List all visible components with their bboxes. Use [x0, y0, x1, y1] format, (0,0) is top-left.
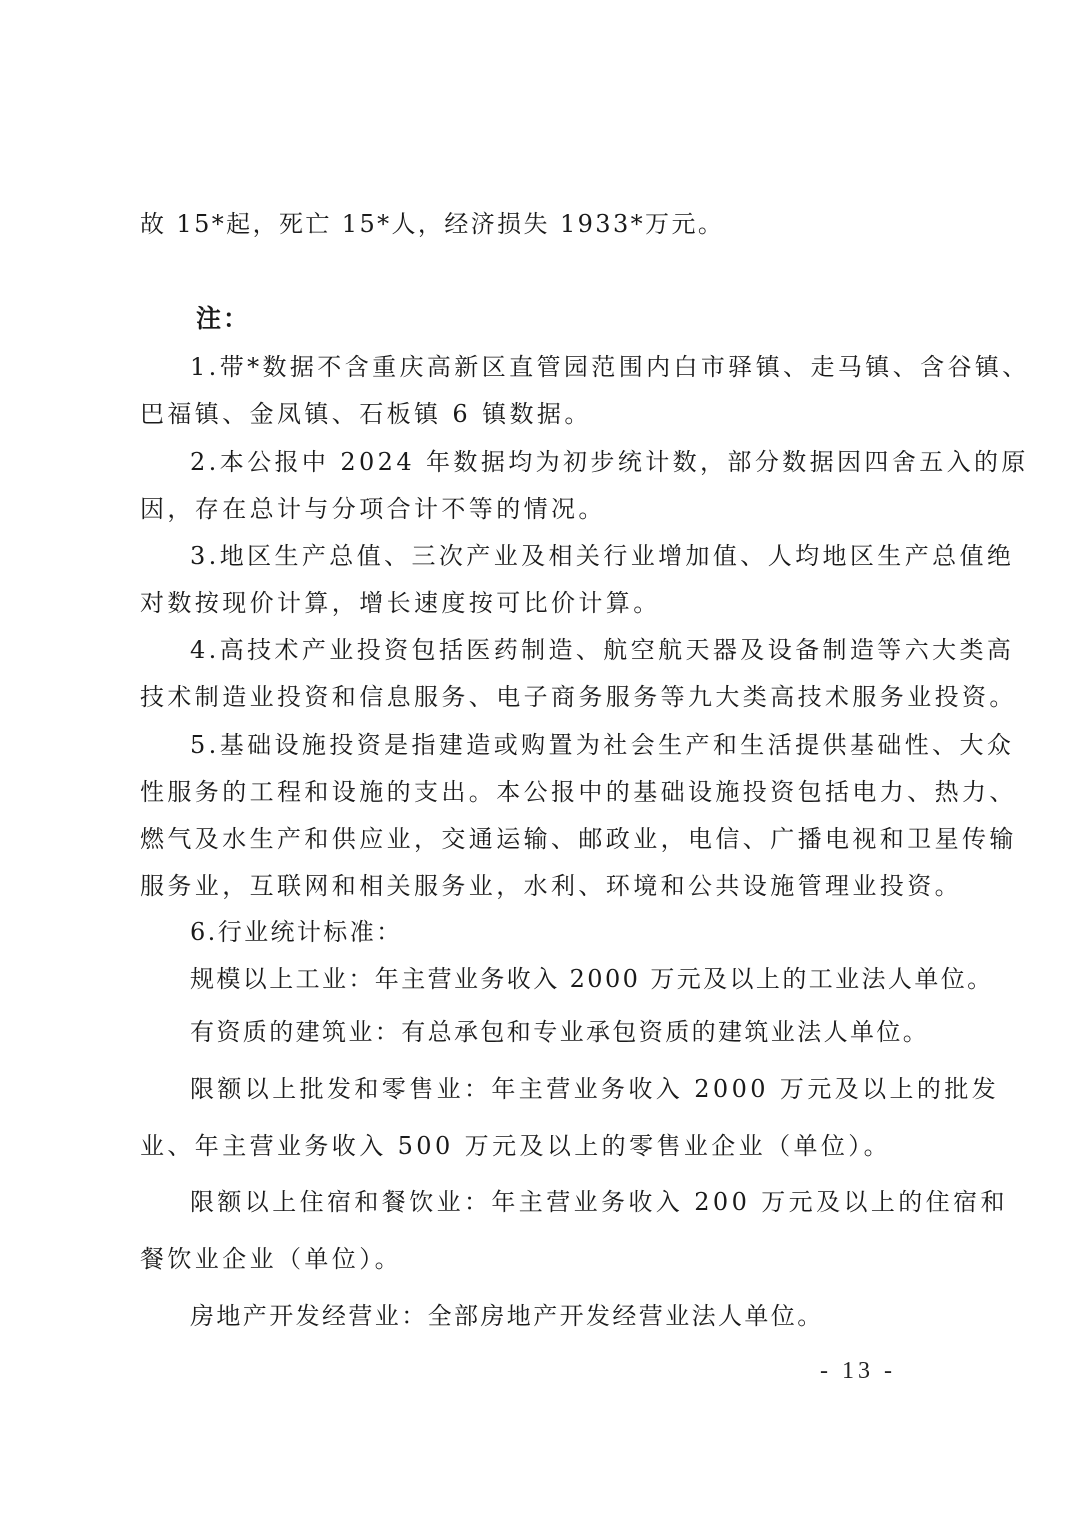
note-5-line-2: 性服务的工程和设施的支出。本公报中的基础设施投资包括电力、热力、 — [140, 776, 940, 808]
note-1-line-2: 巴福镇、金凤镇、石板镇 6 镇数据。 — [140, 398, 940, 430]
note-3-line-1: 3.地区生产总值、三次产业及相关行业增加值、人均地区生产总值绝 — [190, 540, 990, 572]
note-2-line-1: 2.本公报中 2024 年数据均为初步统计数，部分数据因四舍五入的原 — [190, 446, 990, 478]
page-number: - 13 - — [820, 1355, 896, 1387]
note-1-line-1: 1.带*数据不含重庆高新区直管园范围内白市驿镇、走马镇、含谷镇、 — [190, 351, 990, 383]
document-page: 故 15*起，死亡 15*人，经济损失 1933*万元。 注： 1.带*数据不含… — [0, 0, 1074, 1520]
note-4-line-2: 技术制造业投资和信息服务、电子商务服务等九大类高技术服务业投资。 — [140, 681, 940, 713]
note-3-line-2: 对数按现价计算，增长速度按可比价计算。 — [140, 587, 940, 619]
note-4-line-1: 4.高技术产业投资包括医药制造、航空航天器及设备制造等六大类高 — [190, 634, 990, 666]
standard-hospitality-line-2: 餐饮业企业（单位）。 — [140, 1243, 940, 1275]
continuation-line: 故 15*起，死亡 15*人，经济损失 1933*万元。 — [140, 208, 940, 240]
note-5-line-1: 5.基础设施投资是指建造或购置为社会生产和生活提供基础性、大众 — [190, 729, 990, 761]
standard-construction: 有资质的建筑业：有总承包和专业承包资质的建筑业法人单位。 — [190, 1016, 990, 1048]
standard-real-estate: 房地产开发经营业：全部房地产开发经营业法人单位。 — [190, 1300, 990, 1332]
note-5-line-4: 服务业，互联网和相关服务业，水利、环境和公共设施管理业投资。 — [140, 870, 940, 902]
standard-hospitality-line-1: 限额以上住宿和餐饮业：年主营业务收入 200 万元及以上的住宿和 — [190, 1186, 990, 1218]
note-5-line-3: 燃气及水生产和供应业，交通运输、邮政业，电信、广播电视和卫星传输 — [140, 823, 940, 855]
notes-title: 注： — [196, 303, 250, 335]
note-2-line-2: 因，存在总计与分项合计不等的情况。 — [140, 493, 940, 525]
standard-industry: 规模以上工业：年主营业务收入 2000 万元及以上的工业法人单位。 — [190, 963, 990, 995]
standard-wholesale-retail-line-2: 业、年主营业务收入 500 万元及以上的零售业企业（单位）。 — [140, 1130, 940, 1162]
note-6-heading: 6.行业统计标准： — [190, 916, 990, 948]
standard-wholesale-retail-line-1: 限额以上批发和零售业：年主营业务收入 2000 万元及以上的批发 — [190, 1073, 990, 1105]
